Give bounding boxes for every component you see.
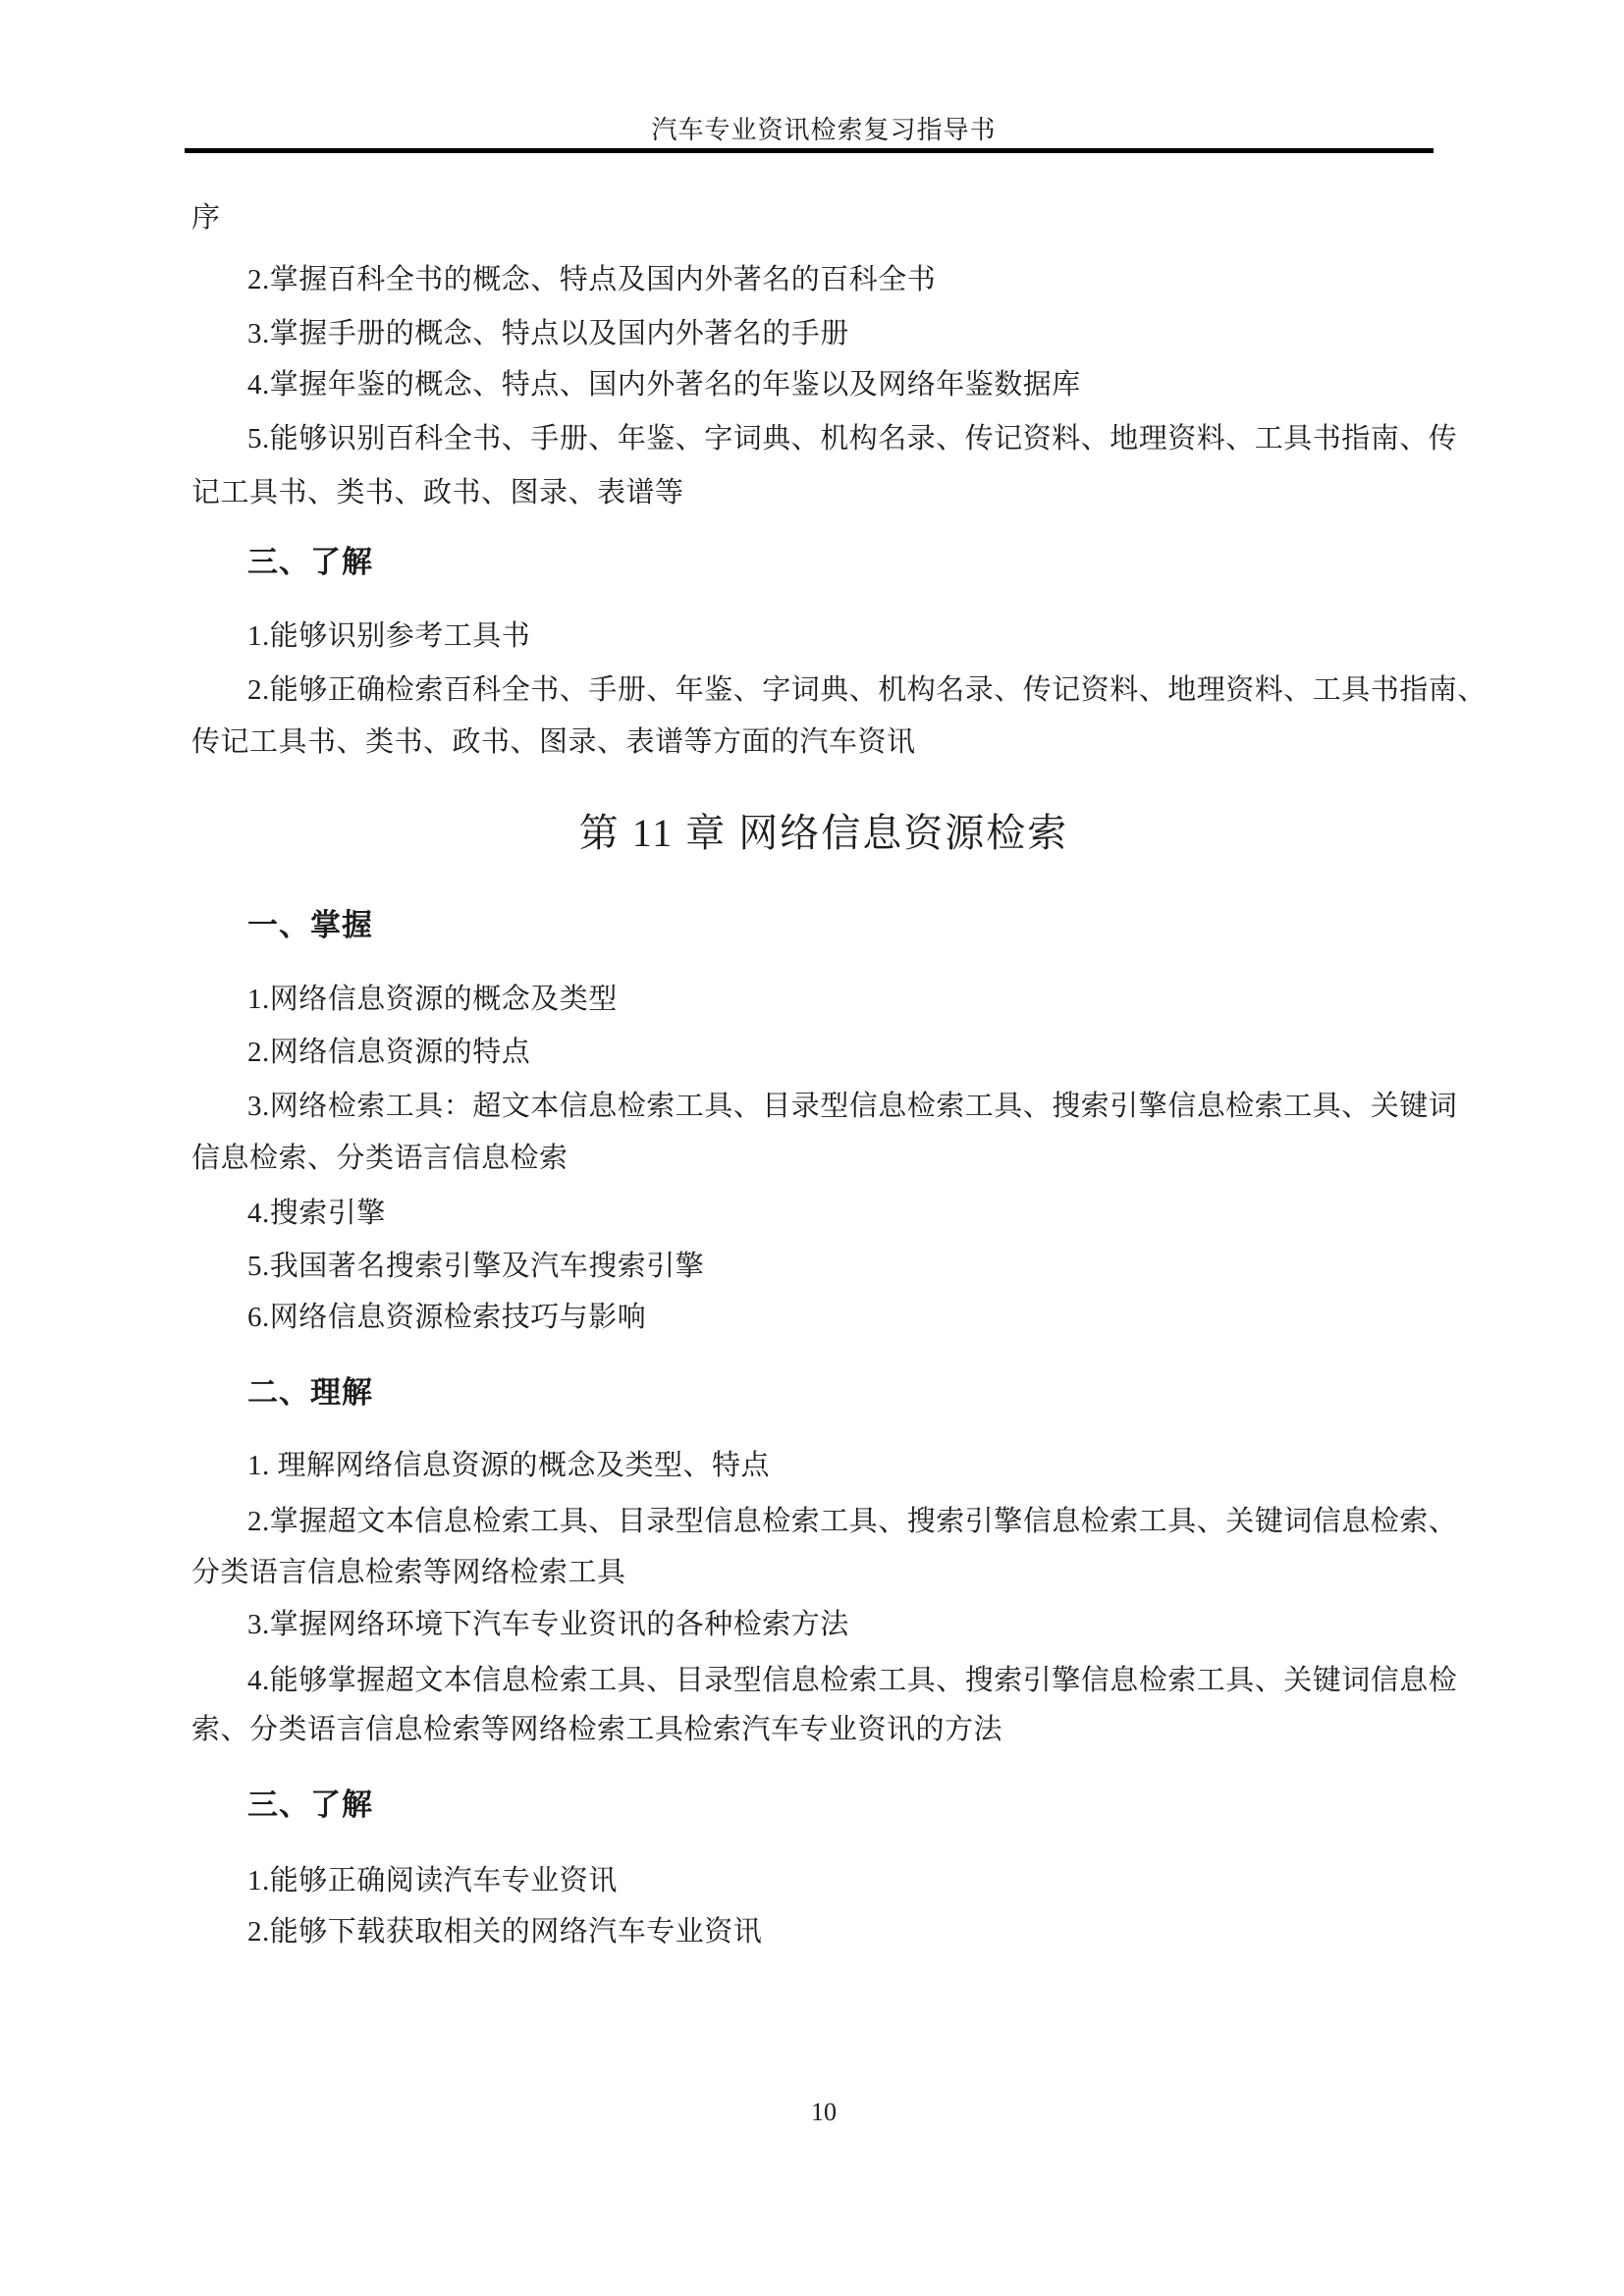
paragraph-line: 记工具书、类书、政书、图录、表谱等 <box>191 472 684 513</box>
list-item: 5.能够识别百科全书、手册、年鉴、字词典、机构名录、传记资料、地理资料、工具书指… <box>247 418 1457 459</box>
paragraph-line: 信息检索、分类语言信息检索 <box>191 1138 568 1179</box>
list-item: 4.搜索引擎 <box>247 1193 386 1234</box>
list-item: 6.网络信息资源检索技巧与影响 <box>247 1297 646 1338</box>
list-item: 1.能够正确阅读汽车专业资讯 <box>247 1860 618 1901</box>
list-item: 2.能够正确检索百科全书、手册、年鉴、字词典、机构名录、传记资料、地理资料、工具… <box>247 669 1487 711</box>
list-item: 3.网络检索工具：超文本信息检索工具、目录型信息检索工具、搜索引擎信息检索工具、… <box>247 1086 1457 1127</box>
paragraph-line: 序 <box>191 197 221 239</box>
document-page: 汽车专业资讯检索复习指导书 序 2.掌握百科全书的概念、特点及国内外著名的百科全… <box>0 0 1624 2296</box>
list-item: 4.掌握年鉴的概念、特点、国内外著名的年鉴以及网络年鉴数据库 <box>247 364 1081 405</box>
list-item: 4.能够掌握超文本信息检索工具、目录型信息检索工具、搜索引擎信息检索工具、关键词… <box>247 1660 1457 1701</box>
section-heading: 一、掌握 <box>247 905 373 946</box>
page-number: 10 <box>185 2097 1463 2128</box>
list-item: 1. 理解网络信息资源的概念及类型、特点 <box>247 1445 770 1486</box>
section-heading: 三、了解 <box>247 1785 373 1826</box>
paragraph-line: 传记工具书、类书、政书、图录、表谱等方面的汽车资讯 <box>191 721 916 763</box>
list-item: 2.能够下载获取相关的网络汽车专业资讯 <box>247 1911 762 1952</box>
paragraph-line: 分类语言信息检索等网络检索工具 <box>191 1552 626 1593</box>
list-item: 2.掌握超文本信息检索工具、目录型信息检索工具、搜索引擎信息检索工具、关键词信息… <box>247 1501 1457 1542</box>
list-item: 5.我国著名搜索引擎及汽车搜索引擎 <box>247 1246 704 1287</box>
list-item: 1.网络信息资源的概念及类型 <box>247 979 618 1020</box>
header-rule <box>185 148 1434 153</box>
chapter-heading: 第 11 章 网络信息资源检索 <box>185 806 1463 861</box>
running-header: 汽车专业资讯检索复习指导书 <box>185 115 1463 146</box>
paragraph-line: 索、分类语言信息检索等网络检索工具检索汽车专业资讯的方法 <box>191 1709 1002 1750</box>
section-heading: 二、理解 <box>247 1372 373 1414</box>
list-item: 2.掌握百科全书的概念、特点及国内外著名的百科全书 <box>247 259 936 300</box>
section-heading: 三、了解 <box>247 542 373 583</box>
list-item: 3.掌握网络环境下汽车专业资讯的各种检索方法 <box>247 1604 849 1645</box>
list-item: 3.掌握手册的概念、特点以及国内外著名的手册 <box>247 313 849 354</box>
list-item: 2.网络信息资源的特点 <box>247 1032 530 1073</box>
list-item: 1.能够识别参考工具书 <box>247 615 530 657</box>
